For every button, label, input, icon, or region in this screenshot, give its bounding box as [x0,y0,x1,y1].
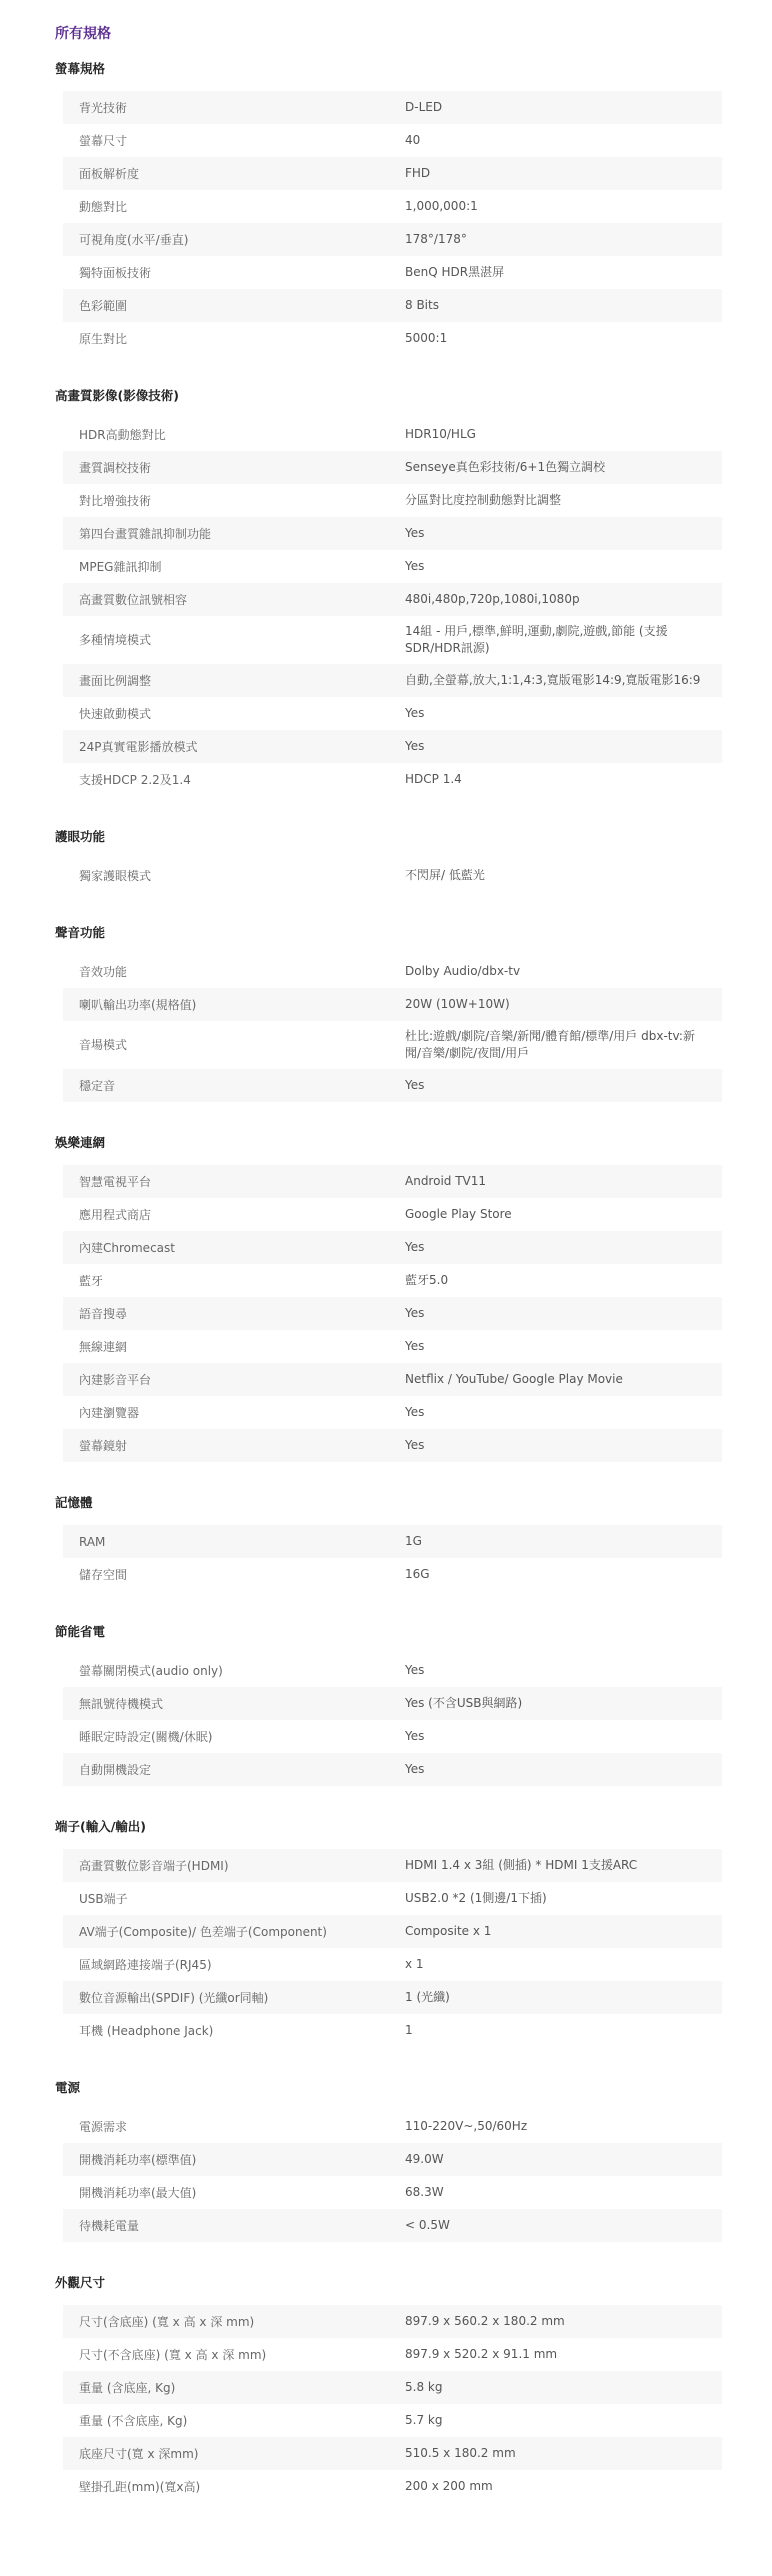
spec-label: 語音搜尋 [79,1306,405,1322]
spec-label: 無訊號待機模式 [79,1696,405,1712]
spec-row: 睡眠定時設定(關機/休眠) Yes [63,1720,722,1753]
spec-label: 螢幕鏡射 [79,1438,405,1454]
spec-value: 8 Bits [405,297,722,314]
spec-row: 尺寸(含底座) (寬 x 高 x 深 mm) 897.9 x 560.2 x 1… [63,2305,722,2338]
spec-table: 音效功能 Dolby Audio/dbx-tv 喇叭輸出功率(規格值) 20W … [63,955,722,1102]
spec-value: 1G [405,1533,722,1550]
spec-value: FHD [405,165,722,182]
spec-value: 分區對比度控制動態對比調整 [405,492,722,509]
spec-value: Yes [405,1338,722,1355]
spec-row: 螢幕尺寸 40 [63,124,722,157]
spec-label: 藍牙 [79,1273,405,1289]
spec-label: USB端子 [79,1891,405,1907]
spec-row: 24P真實電影播放模式 Yes [63,730,722,763]
spec-value: 5.8 kg [405,2379,722,2396]
spec-label: 尺寸(不含底座) (寬 x 高 x 深 mm) [79,2347,405,2363]
spec-value: USB2.0 *2 (1側邊/1下插) [405,1890,722,1907]
spec-label: 重量 (含底座, Kg) [79,2380,405,2396]
spec-row: 對比增強技術 分區對比度控制動態對比調整 [63,484,722,517]
spec-value: 178°/178° [405,231,722,248]
spec-value: Yes [405,1404,722,1421]
section-title: 聲音功能 [55,923,722,943]
spec-section: 外觀尺寸 尺寸(含底座) (寬 x 高 x 深 mm) 897.9 x 560.… [55,2273,722,2503]
spec-label: AV端子(Composite)/ 色差端子(Component) [79,1924,405,1940]
spec-row: 背光技術 D-LED [63,91,722,124]
spec-sections: 螢幕規格 背光技術 D-LED 螢幕尺寸 40 面板解析度 FHD 動態對比 1… [55,59,722,2503]
section-title: 端子(輸入/輸出) [55,1817,722,1837]
spec-label: 重量 (不含底座, Kg) [79,2413,405,2429]
spec-label: 底座尺寸(寬 x 深mm) [79,2446,405,2462]
spec-section: 護眼功能 獨家護眼模式 不閃屏/ 低藍光 [55,827,722,892]
spec-value: D-LED [405,99,722,116]
page-title: 所有規格 [55,24,722,44]
spec-section: 螢幕規格 背光技術 D-LED 螢幕尺寸 40 面板解析度 FHD 動態對比 1… [55,59,722,355]
spec-label: 高畫質數位影音端子(HDMI) [79,1858,405,1874]
spec-value: 110-220V~,50/60Hz [405,2118,722,2135]
spec-label: 自動開機設定 [79,1762,405,1778]
spec-value: Yes [405,1305,722,1322]
spec-label: 畫質調校技術 [79,460,405,476]
spec-row: 快速啟動模式 Yes [63,697,722,730]
spec-row: 喇叭輸出功率(規格值) 20W (10W+10W) [63,988,722,1021]
spec-value: Yes [405,1728,722,1745]
spec-row: 重量 (含底座, Kg) 5.8 kg [63,2371,722,2404]
spec-label: 螢幕尺寸 [79,133,405,149]
spec-value: 14組 - 用戶,標準,鮮明,運動,劇院,遊戲,節能 (支援SDR/HDR訊源) [405,623,722,657]
spec-label: 原生對比 [79,331,405,347]
spec-table: 獨家護眼模式 不閃屏/ 低藍光 [63,859,722,892]
spec-value: 16G [405,1566,722,1583]
spec-label: 高畫質數位訊號相容 [79,592,405,608]
spec-row: 高畫質數位訊號相容 480i,480p,720p,1080i,1080p [63,583,722,616]
spec-label: 待機耗電量 [79,2218,405,2234]
spec-value: 510.5 x 180.2 mm [405,2445,722,2462]
spec-value: Netflix / YouTube/ Google Play Movie [405,1371,722,1388]
section-title: 螢幕規格 [55,59,722,79]
spec-row: 底座尺寸(寬 x 深mm) 510.5 x 180.2 mm [63,2437,722,2470]
section-title: 電源 [55,2078,722,2098]
spec-row: 尺寸(不含底座) (寬 x 高 x 深 mm) 897.9 x 520.2 x … [63,2338,722,2371]
spec-row: 內建Chromecast Yes [63,1231,722,1264]
spec-row: 重量 (不含底座, Kg) 5.7 kg [63,2404,722,2437]
spec-row: 獨特面板技術 BenQ HDR黑湛屏 [63,256,722,289]
spec-value: 自動,全螢幕,放大,1:1,4:3,寬版電影14:9,寬版電影16:9 [405,672,722,689]
spec-value: Yes [405,525,722,542]
spec-row: USB端子 USB2.0 *2 (1側邊/1下插) [63,1882,722,1915]
spec-label: 應用程式商店 [79,1207,405,1223]
spec-row: 多種情境模式 14組 - 用戶,標準,鮮明,運動,劇院,遊戲,節能 (支援SDR… [63,616,722,664]
spec-section: 端子(輸入/輸出) 高畫質數位影音端子(HDMI) HDMI 1.4 x 3組 … [55,1817,722,2047]
spec-table: 智慧電視平台 Android TV11 應用程式商店 Google Play S… [63,1165,722,1462]
spec-label: 開機消耗功率(標準值) [79,2152,405,2168]
spec-row: 無線連網 Yes [63,1330,722,1363]
spec-value: 200 x 200 mm [405,2478,722,2495]
spec-label: 開機消耗功率(最大值) [79,2185,405,2201]
spec-label: 多種情境模式 [79,632,405,648]
spec-value: Yes [405,1437,722,1454]
spec-value: Yes [405,1239,722,1256]
spec-row: 面板解析度 FHD [63,157,722,190]
spec-row: 藍牙 藍牙5.0 [63,1264,722,1297]
spec-section: 節能省電 螢幕關閉模式(audio only) Yes 無訊號待機模式 Yes … [55,1622,722,1786]
spec-label: 睡眠定時設定(關機/休眠) [79,1729,405,1745]
spec-value: Yes [405,705,722,722]
section-title: 高畫質影像(影像技術) [55,386,722,406]
spec-label: 電源需求 [79,2119,405,2135]
spec-value: HDMI 1.4 x 3組 (側插) * HDMI 1支援ARC [405,1857,722,1874]
spec-section: 娛樂連網 智慧電視平台 Android TV11 應用程式商店 Google P… [55,1133,722,1462]
spec-table: 電源需求 110-220V~,50/60Hz 開機消耗功率(標準值) 49.0W… [63,2110,722,2242]
spec-row: AV端子(Composite)/ 色差端子(Component) Composi… [63,1915,722,1948]
spec-label: 動態對比 [79,199,405,215]
spec-row: 內建瀏覽器 Yes [63,1396,722,1429]
spec-row: 第四台畫質雜訊抑制功能 Yes [63,517,722,550]
spec-label: 獨家護眼模式 [79,868,405,884]
spec-table: 高畫質數位影音端子(HDMI) HDMI 1.4 x 3組 (側插) * HDM… [63,1849,722,2047]
spec-value: Yes [405,1077,722,1094]
spec-row: 無訊號待機模式 Yes (不含USB與網路) [63,1687,722,1720]
spec-value: HDCP 1.4 [405,771,722,788]
spec-value: Yes [405,1662,722,1679]
spec-label: 第四台畫質雜訊抑制功能 [79,526,405,542]
spec-value: Senseye真色彩技術/6+1色獨立調校 [405,459,722,476]
spec-value: 897.9 x 560.2 x 180.2 mm [405,2313,722,2330]
spec-label: 色彩範圍 [79,298,405,314]
spec-label: 穩定音 [79,1078,405,1094]
section-title: 娛樂連網 [55,1133,722,1153]
spec-value: Composite x 1 [405,1923,722,1940]
spec-value: Android TV11 [405,1173,722,1190]
spec-label: 24P真實電影播放模式 [79,739,405,755]
spec-row: 應用程式商店 Google Play Store [63,1198,722,1231]
spec-label: 尺寸(含底座) (寬 x 高 x 深 mm) [79,2314,405,2330]
spec-value: 5000:1 [405,330,722,347]
spec-table: 尺寸(含底座) (寬 x 高 x 深 mm) 897.9 x 560.2 x 1… [63,2305,722,2503]
spec-row: 穩定音 Yes [63,1069,722,1102]
spec-label: 音場模式 [79,1037,405,1053]
spec-label: 對比增強技術 [79,493,405,509]
section-title: 節能省電 [55,1622,722,1642]
spec-label: MPEG雜訊抑制 [79,559,405,575]
spec-row: 儲存空間 16G [63,1558,722,1591]
spec-row: 畫面比例調整 自動,全螢幕,放大,1:1,4:3,寬版電影14:9,寬版電影16… [63,664,722,697]
spec-label: 儲存空間 [79,1567,405,1583]
spec-row: 原生對比 5000:1 [63,322,722,355]
spec-label: 背光技術 [79,100,405,116]
spec-row: 智慧電視平台 Android TV11 [63,1165,722,1198]
spec-value: HDR10/HLG [405,426,722,443]
spec-value: BenQ HDR黑湛屏 [405,264,722,281]
spec-value: Google Play Store [405,1206,722,1223]
spec-label: 耳機 (Headphone Jack) [79,2023,405,2039]
spec-row: 開機消耗功率(標準值) 49.0W [63,2143,722,2176]
spec-section: 電源 電源需求 110-220V~,50/60Hz 開機消耗功率(標準值) 49… [55,2078,722,2242]
spec-value: < 0.5W [405,2217,722,2234]
spec-value: 5.7 kg [405,2412,722,2429]
spec-row: 音場模式 杜比:遊戲/劇院/音樂/新聞/體育館/標準/用戶 dbx-tv:新聞/… [63,1021,722,1069]
spec-row: 自動開機設定 Yes [63,1753,722,1786]
spec-label: 獨特面板技術 [79,265,405,281]
spec-label: 無線連網 [79,1339,405,1355]
spec-value: 1 [405,2022,722,2039]
spec-value: 1,000,000:1 [405,198,722,215]
spec-row: 電源需求 110-220V~,50/60Hz [63,2110,722,2143]
spec-row: 可視角度(水平/垂直) 178°/178° [63,223,722,256]
spec-value: Yes [405,1761,722,1778]
spec-row: 耳機 (Headphone Jack) 1 [63,2014,722,2047]
spec-label: 數位音源輸出(SPDIF) (光纖or同軸) [79,1990,405,2006]
spec-label: 壁掛孔距(mm)(寬x高) [79,2479,405,2495]
spec-label: 內建影音平台 [79,1372,405,1388]
spec-row: MPEG雜訊抑制 Yes [63,550,722,583]
spec-row: 螢幕關閉模式(audio only) Yes [63,1654,722,1687]
spec-label: RAM [79,1534,405,1550]
section-title: 記憶體 [55,1493,722,1513]
spec-page: 所有規格 螢幕規格 背光技術 D-LED 螢幕尺寸 40 面板解析度 FHD 動… [0,0,722,2503]
spec-section: 聲音功能 音效功能 Dolby Audio/dbx-tv 喇叭輸出功率(規格值)… [55,923,722,1102]
spec-value: Yes (不含USB與網路) [405,1695,722,1712]
section-title: 外觀尺寸 [55,2273,722,2293]
spec-row: 壁掛孔距(mm)(寬x高) 200 x 200 mm [63,2470,722,2503]
section-title: 護眼功能 [55,827,722,847]
spec-table: 螢幕關閉模式(audio only) Yes 無訊號待機模式 Yes (不含US… [63,1654,722,1786]
spec-row: 畫質調校技術 Senseye真色彩技術/6+1色獨立調校 [63,451,722,484]
spec-value: Dolby Audio/dbx-tv [405,963,722,980]
spec-value: Yes [405,558,722,575]
spec-label: 智慧電視平台 [79,1174,405,1190]
spec-row: 色彩範圍 8 Bits [63,289,722,322]
spec-label: 支援HDCP 2.2及1.4 [79,772,405,788]
spec-value: 49.0W [405,2151,722,2168]
spec-row: 語音搜尋 Yes [63,1297,722,1330]
spec-value: 20W (10W+10W) [405,996,722,1013]
spec-row: 待機耗電量 < 0.5W [63,2209,722,2242]
spec-section: 高畫質影像(影像技術) HDR高動態對比 HDR10/HLG 畫質調校技術 Se… [55,386,722,796]
spec-row: RAM 1G [63,1525,722,1558]
spec-label: 螢幕關閉模式(audio only) [79,1663,405,1679]
spec-label: 可視角度(水平/垂直) [79,232,405,248]
spec-row: 內建影音平台 Netflix / YouTube/ Google Play Mo… [63,1363,722,1396]
spec-value: 杜比:遊戲/劇院/音樂/新聞/體育館/標準/用戶 dbx-tv:新聞/音樂/劇院… [405,1028,722,1062]
spec-label: HDR高動態對比 [79,427,405,443]
spec-table: HDR高動態對比 HDR10/HLG 畫質調校技術 Senseye真色彩技術/6… [63,418,722,796]
spec-row: 區域網路連接端子(RJ45) x 1 [63,1948,722,1981]
spec-row: 獨家護眼模式 不閃屏/ 低藍光 [63,859,722,892]
spec-label: 快速啟動模式 [79,706,405,722]
spec-row: 螢幕鏡射 Yes [63,1429,722,1462]
spec-value: 1 (光纖) [405,1989,722,2006]
spec-row: HDR高動態對比 HDR10/HLG [63,418,722,451]
spec-value: 480i,480p,720p,1080i,1080p [405,591,722,608]
spec-row: 動態對比 1,000,000:1 [63,190,722,223]
spec-row: 數位音源輸出(SPDIF) (光纖or同軸) 1 (光纖) [63,1981,722,2014]
spec-label: 內建Chromecast [79,1240,405,1256]
spec-row: 支援HDCP 2.2及1.4 HDCP 1.4 [63,763,722,796]
spec-label: 內建瀏覽器 [79,1405,405,1421]
spec-value: Yes [405,738,722,755]
spec-label: 音效功能 [79,964,405,980]
spec-value: 68.3W [405,2184,722,2201]
spec-table: 背光技術 D-LED 螢幕尺寸 40 面板解析度 FHD 動態對比 1,000,… [63,91,722,355]
spec-value: 藍牙5.0 [405,1272,722,1289]
spec-label: 喇叭輸出功率(規格值) [79,997,405,1013]
spec-value: 不閃屏/ 低藍光 [405,867,722,884]
spec-value: 897.9 x 520.2 x 91.1 mm [405,2346,722,2363]
spec-row: 開機消耗功率(最大值) 68.3W [63,2176,722,2209]
spec-label: 區域網路連接端子(RJ45) [79,1957,405,1973]
spec-section: 記憶體 RAM 1G 儲存空間 16G [55,1493,722,1591]
spec-value: 40 [405,132,722,149]
spec-value: x 1 [405,1956,722,1973]
spec-row: 音效功能 Dolby Audio/dbx-tv [63,955,722,988]
spec-label: 面板解析度 [79,166,405,182]
spec-row: 高畫質數位影音端子(HDMI) HDMI 1.4 x 3組 (側插) * HDM… [63,1849,722,1882]
spec-label: 畫面比例調整 [79,673,405,689]
spec-table: RAM 1G 儲存空間 16G [63,1525,722,1591]
